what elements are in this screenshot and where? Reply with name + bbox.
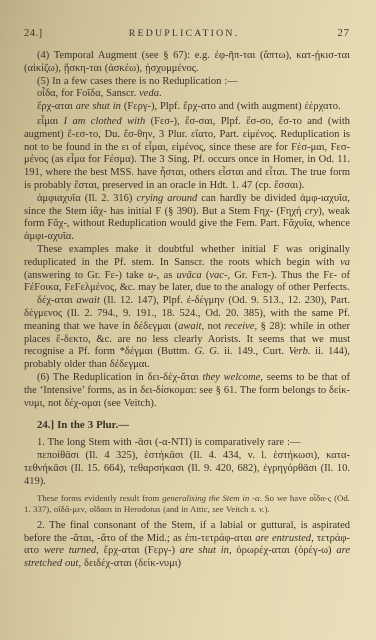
running-title: REDUPLICATION. bbox=[129, 28, 240, 40]
para-dechatai: δέχ-αται await (Il. 12. 147), Plpf. ἐ-δέ… bbox=[24, 295, 350, 372]
para-asi-examples: πεποίθᾱσι (Il. 4 325), ἑστήκᾱσι (Il. 4. … bbox=[24, 450, 350, 488]
para-heimai: εἷμαι I am clothed with (Ϝεσ-), ἕσ-σαι, … bbox=[24, 116, 350, 193]
page-header: 24.] REDUPLICATION. 27 bbox=[24, 28, 350, 40]
para-temporal-augment: (4) Temporal Augment (see § 67): e.g. ἐφ… bbox=[24, 50, 350, 76]
book-page: 24.] REDUPLICATION. 27 (4) Temporal Augm… bbox=[0, 0, 376, 640]
para-no-reduplication: (5) In a few cases there is no Reduplica… bbox=[24, 76, 350, 89]
para-amphiachyia: ἀμφιαχυῖα (Il. 2. 316) crying around can… bbox=[24, 193, 350, 244]
para-6-intensive: (6) The Reduplication in δει-δέχ-ᾰται th… bbox=[24, 372, 350, 410]
section-heading-24: 24.] In the 3 Plur.— bbox=[24, 419, 350, 432]
para-final-consonant: 2. The final consonant of the Stem, if a… bbox=[24, 520, 350, 571]
para-erchatai: ἔρχ-αται are shut in (Ϝεργ-), Plpf. ἔρχ-… bbox=[24, 101, 350, 114]
header-section-number: 24.] bbox=[24, 28, 43, 40]
para-these-examples: These examples make it doubtful whether … bbox=[24, 244, 350, 295]
para-oida: οἶδα, for Ϝοῖδα, Sanscr. veda. bbox=[24, 88, 350, 101]
page-number: 27 bbox=[337, 28, 350, 40]
para-long-stem: 1. The long Stem with -ᾱσι (-α-NTI) is c… bbox=[24, 437, 350, 450]
para-smallprint: These forms evidently result from genera… bbox=[24, 493, 350, 515]
page-body: (4) Temporal Augment (see § 67): e.g. ἐφ… bbox=[24, 50, 350, 571]
